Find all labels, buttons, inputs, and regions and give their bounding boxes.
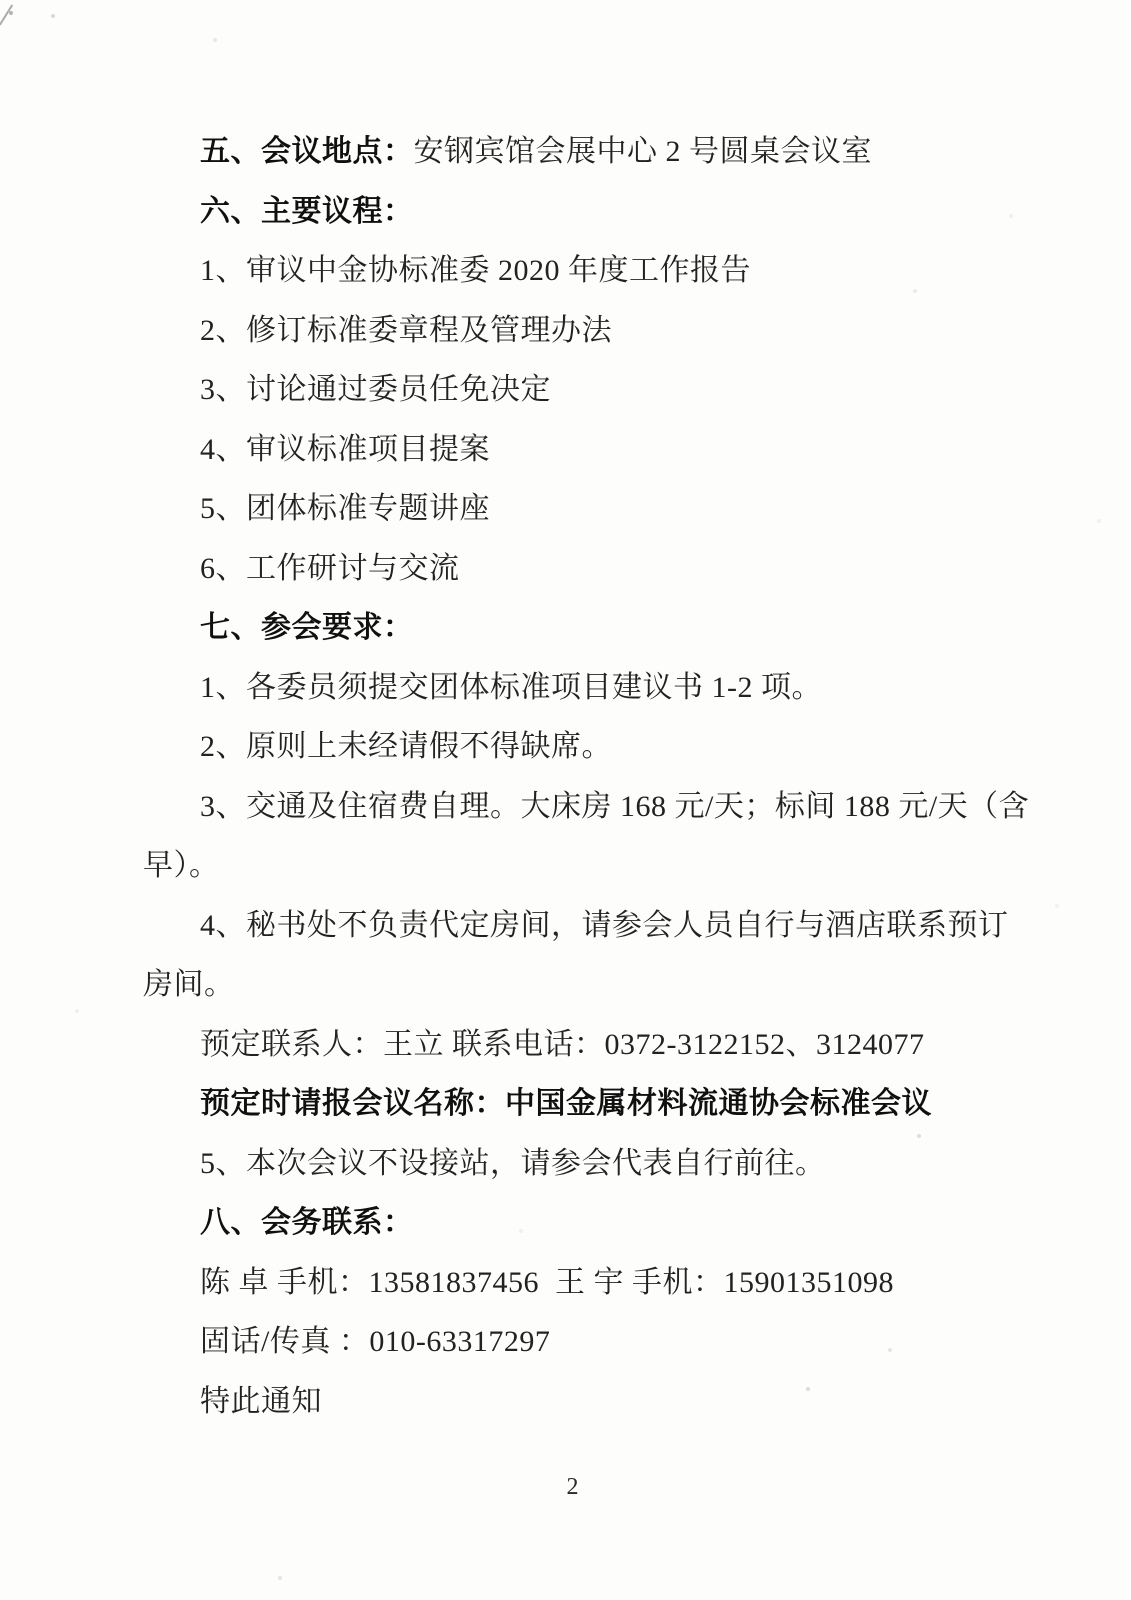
document-page: 五、会议地点：安钢宾馆会展中心 2 号圆桌会议室六、主要议程：1、审议中金协标准… bbox=[0, 0, 1131, 1600]
line-text: 1、各委员须提交团体标准项目建议书 1-2 项。 bbox=[200, 671, 822, 704]
line-text: 房间。 bbox=[143, 968, 235, 1001]
document-line: 五、会议地点：安钢宾馆会展中心 2 号圆桌会议室 bbox=[143, 122, 1103, 182]
document-line: 3、交通及住宿费自理。大床房 168 元/天；标间 188 元/天（含 bbox=[143, 777, 1103, 837]
line-text: 2、修订标准委章程及管理办法 bbox=[200, 314, 612, 347]
line-text: 预定时请报会议名称：中国金属材料流通协会标准会议 bbox=[200, 1087, 932, 1120]
line-text: 3、交通及住宿费自理。大床房 168 元/天；标间 188 元/天（含 bbox=[200, 790, 1029, 823]
document-line: 早）。 bbox=[143, 836, 1103, 896]
line-text: 特此通知 bbox=[200, 1385, 322, 1418]
line-heading-label: 五、会议地点： bbox=[200, 135, 414, 168]
line-text: 安钢宾馆会展中心 2 号圆桌会议室 bbox=[414, 135, 873, 168]
document-line: 2、修订标准委章程及管理办法 bbox=[143, 301, 1103, 361]
document-body: 五、会议地点：安钢宾馆会展中心 2 号圆桌会议室六、主要议程：1、审议中金协标准… bbox=[143, 122, 1103, 1431]
line-text: 6、工作研讨与交流 bbox=[200, 552, 460, 585]
line-text: 4、审议标准项目提案 bbox=[200, 433, 490, 466]
line-text: 3、讨论通过委员任免决定 bbox=[200, 373, 551, 406]
line-text: 陈 卓 手机：13581837456 王 宇 手机：15901351098 bbox=[200, 1266, 894, 1299]
document-line: 八、会务联系： bbox=[143, 1193, 1103, 1253]
document-line: 6、工作研讨与交流 bbox=[143, 539, 1103, 599]
line-text: 固话/传真 ：010-63317297 bbox=[200, 1325, 550, 1358]
line-text: 预定联系人：王立 联系电话：0372-3122152、3124077 bbox=[200, 1028, 925, 1061]
line-text: 5、团体标准专题讲座 bbox=[200, 492, 490, 525]
scan-noise-specks bbox=[0, 0, 2, 2]
document-line: 预定时请报会议名称：中国金属材料流通协会标准会议 bbox=[143, 1074, 1103, 1134]
document-line: 预定联系人：王立 联系电话：0372-3122152、3124077 bbox=[143, 1015, 1103, 1075]
document-line: 2、原则上未经请假不得缺席。 bbox=[143, 717, 1103, 777]
line-text: 1、审议中金协标准委 2020 年度工作报告 bbox=[200, 254, 751, 287]
line-text: 4、秘书处不负责代定房间，请参会人员自行与酒店联系预订 bbox=[200, 909, 1009, 942]
scan-artifact-corner bbox=[0, 4, 13, 25]
document-line: 1、各委员须提交团体标准项目建议书 1-2 项。 bbox=[143, 658, 1103, 718]
page-number: 2 bbox=[0, 1474, 1131, 1501]
document-line: 房间。 bbox=[143, 955, 1103, 1015]
document-line: 七、参会要求： bbox=[143, 598, 1103, 658]
document-line: 特此通知 bbox=[143, 1372, 1103, 1432]
document-line: 4、审议标准项目提案 bbox=[143, 420, 1103, 480]
line-text: 六、主要议程： bbox=[200, 195, 414, 228]
document-line: 1、审议中金协标准委 2020 年度工作报告 bbox=[143, 241, 1103, 301]
document-line: 六、主要议程： bbox=[143, 182, 1103, 242]
document-line: 陈 卓 手机：13581837456 王 宇 手机：15901351098 bbox=[143, 1253, 1103, 1313]
document-line: 4、秘书处不负责代定房间，请参会人员自行与酒店联系预订 bbox=[143, 896, 1103, 956]
line-text: 八、会务联系： bbox=[200, 1206, 414, 1239]
document-line: 5、团体标准专题讲座 bbox=[143, 479, 1103, 539]
line-text: 七、参会要求： bbox=[200, 611, 414, 644]
line-text: 2、原则上未经请假不得缺席。 bbox=[200, 730, 612, 763]
line-text: 早）。 bbox=[143, 849, 220, 882]
line-text: 5、本次会议不设接站，请参会代表自行前往。 bbox=[200, 1147, 826, 1180]
document-line: 3、讨论通过委员任免决定 bbox=[143, 360, 1103, 420]
document-line: 固话/传真 ：010-63317297 bbox=[143, 1312, 1103, 1372]
document-line: 5、本次会议不设接站，请参会代表自行前往。 bbox=[143, 1134, 1103, 1194]
